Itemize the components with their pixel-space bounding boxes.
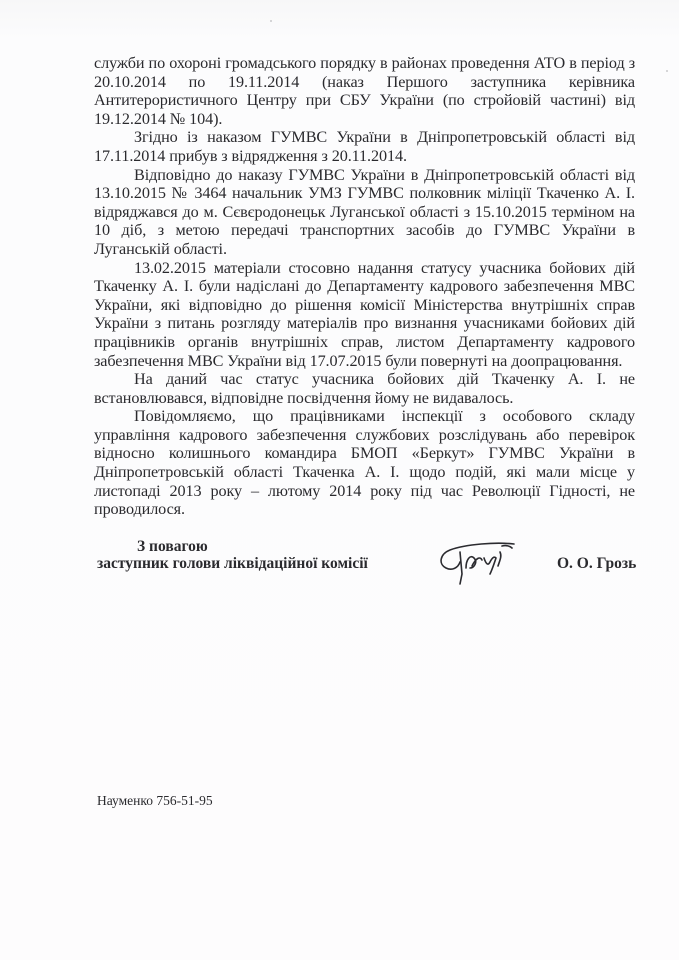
signer-name: О. О. Грозь — [557, 555, 636, 572]
paragraph-return-from-assignment: Згідно із наказом ГУМВС України в Дніпро… — [94, 128, 635, 165]
scan-speck — [270, 20, 272, 22]
handwritten-signature-icon — [436, 538, 536, 588]
signer-position: заступник голови ліквідаційної комісії — [97, 555, 368, 572]
closing-regards: З повагою — [97, 538, 368, 555]
paragraph-combatant-status-materials: 13.02.2015 матеріали стосовно надання ст… — [94, 259, 635, 371]
scan-speck — [666, 70, 668, 72]
contact-line: Науменко 756-51-95 — [97, 793, 213, 809]
closing-block: З повагою заступник голови ліквідаційної… — [97, 538, 368, 572]
paragraph-service-period: служби по охороні громадського порядку в… — [94, 54, 635, 128]
paragraph-status-not-established: На даний час статус учасника бойових дій… — [94, 370, 635, 407]
paragraph-no-investigations: Повідомляємо, що працівниками інспекції … — [94, 407, 635, 519]
paragraph-luhansk-assignment: Відповідно до наказу ГУМВС України в Дні… — [94, 166, 635, 259]
letter-body: служби по охороні громадського порядку в… — [94, 54, 635, 519]
document-page: служби по охороні громадського порядку в… — [0, 0, 679, 960]
